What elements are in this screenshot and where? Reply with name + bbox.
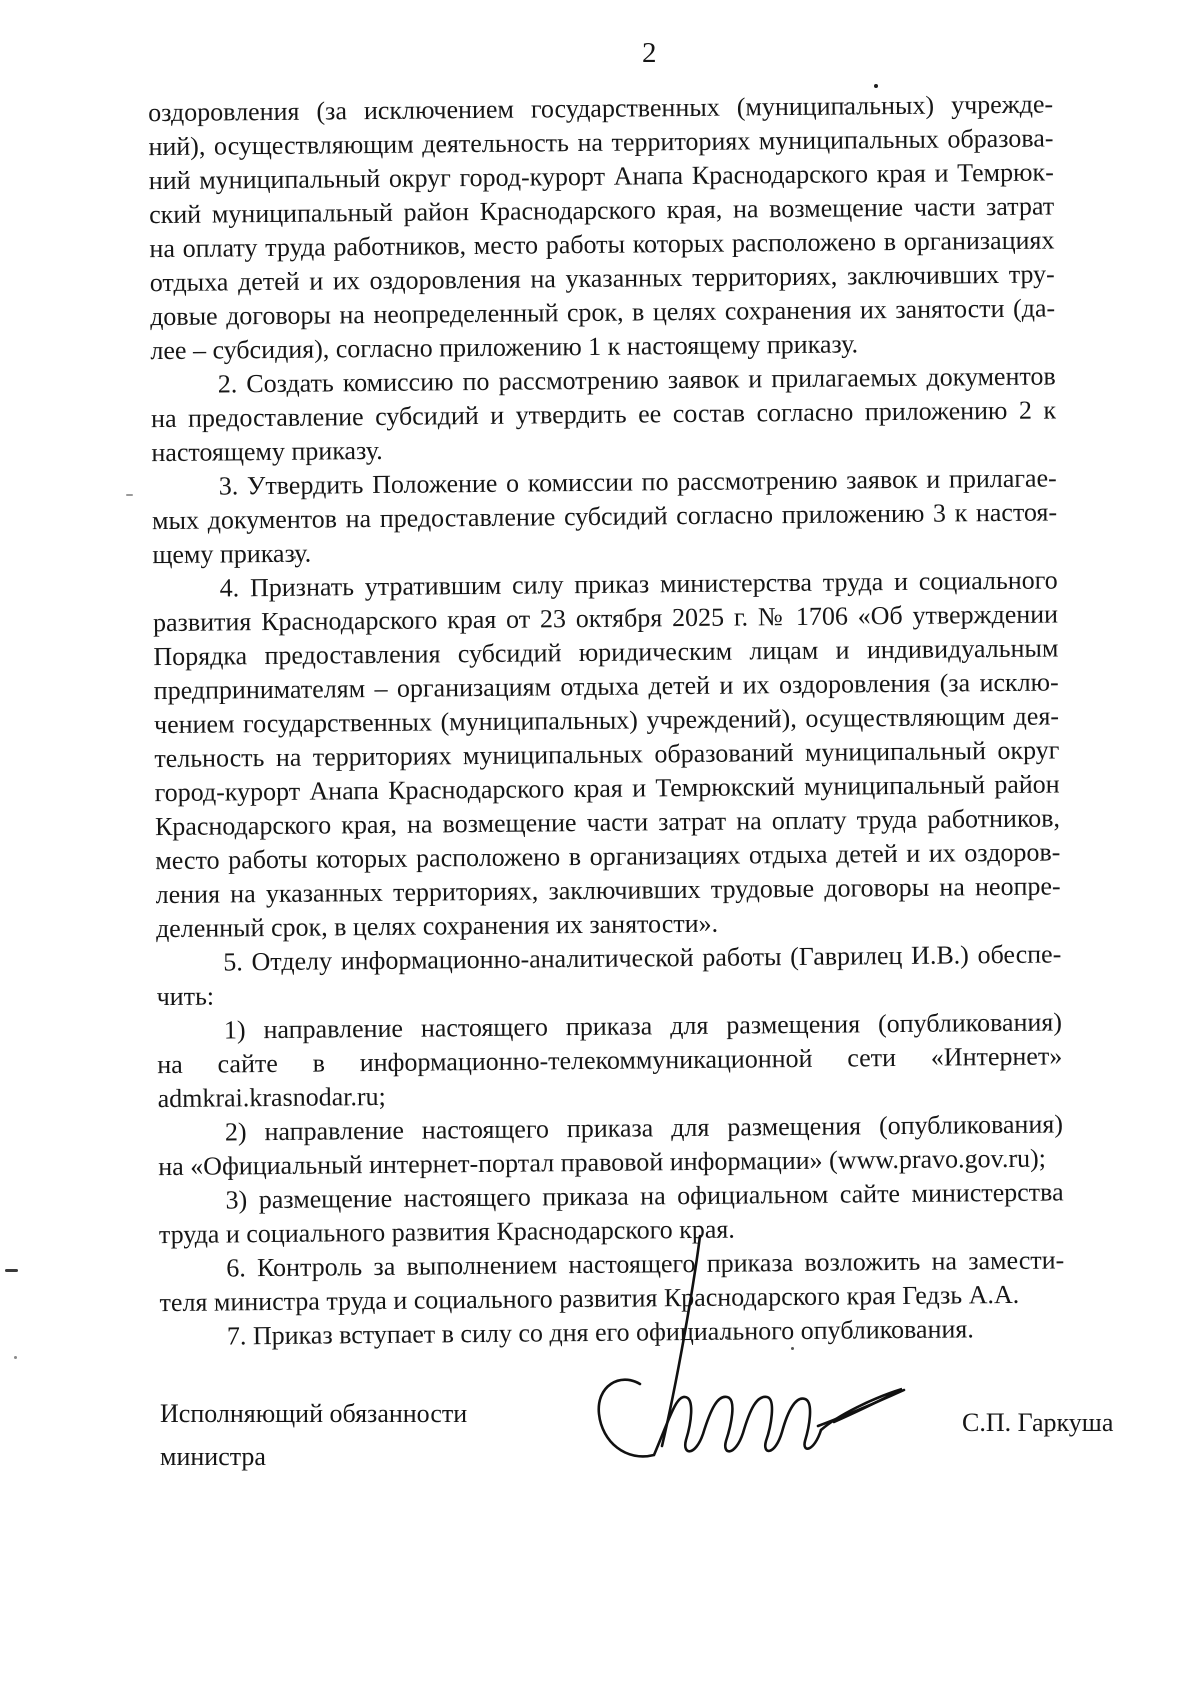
handwritten-signature-icon: [578, 1228, 910, 1480]
scan-artifact: [791, 1347, 794, 1350]
document-page: 2 оздоровления (за исключением государст…: [0, 0, 1200, 1697]
signatory-name: С.П. Гаркуша: [962, 1406, 1113, 1440]
document-body: оздоровления (за исключением государстве…: [148, 87, 1065, 1354]
signatory-position: Исполняющий обязанности министра: [160, 1392, 467, 1478]
scan-artifact: [725, 1336, 728, 1339]
scan-artifact: [126, 494, 133, 496]
scan-artifact: [874, 84, 878, 88]
page-number: 2: [642, 36, 657, 70]
scan-artifact: [844, 104, 847, 106]
signatory-position-line-1: Исполняющий обязанности: [160, 1392, 467, 1435]
signatory-position-line-2: министра: [160, 1435, 467, 1478]
scan-artifact: [293, 556, 296, 559]
scan-artifact: [5, 1269, 18, 1272]
scan-artifact: [14, 1356, 17, 1359]
